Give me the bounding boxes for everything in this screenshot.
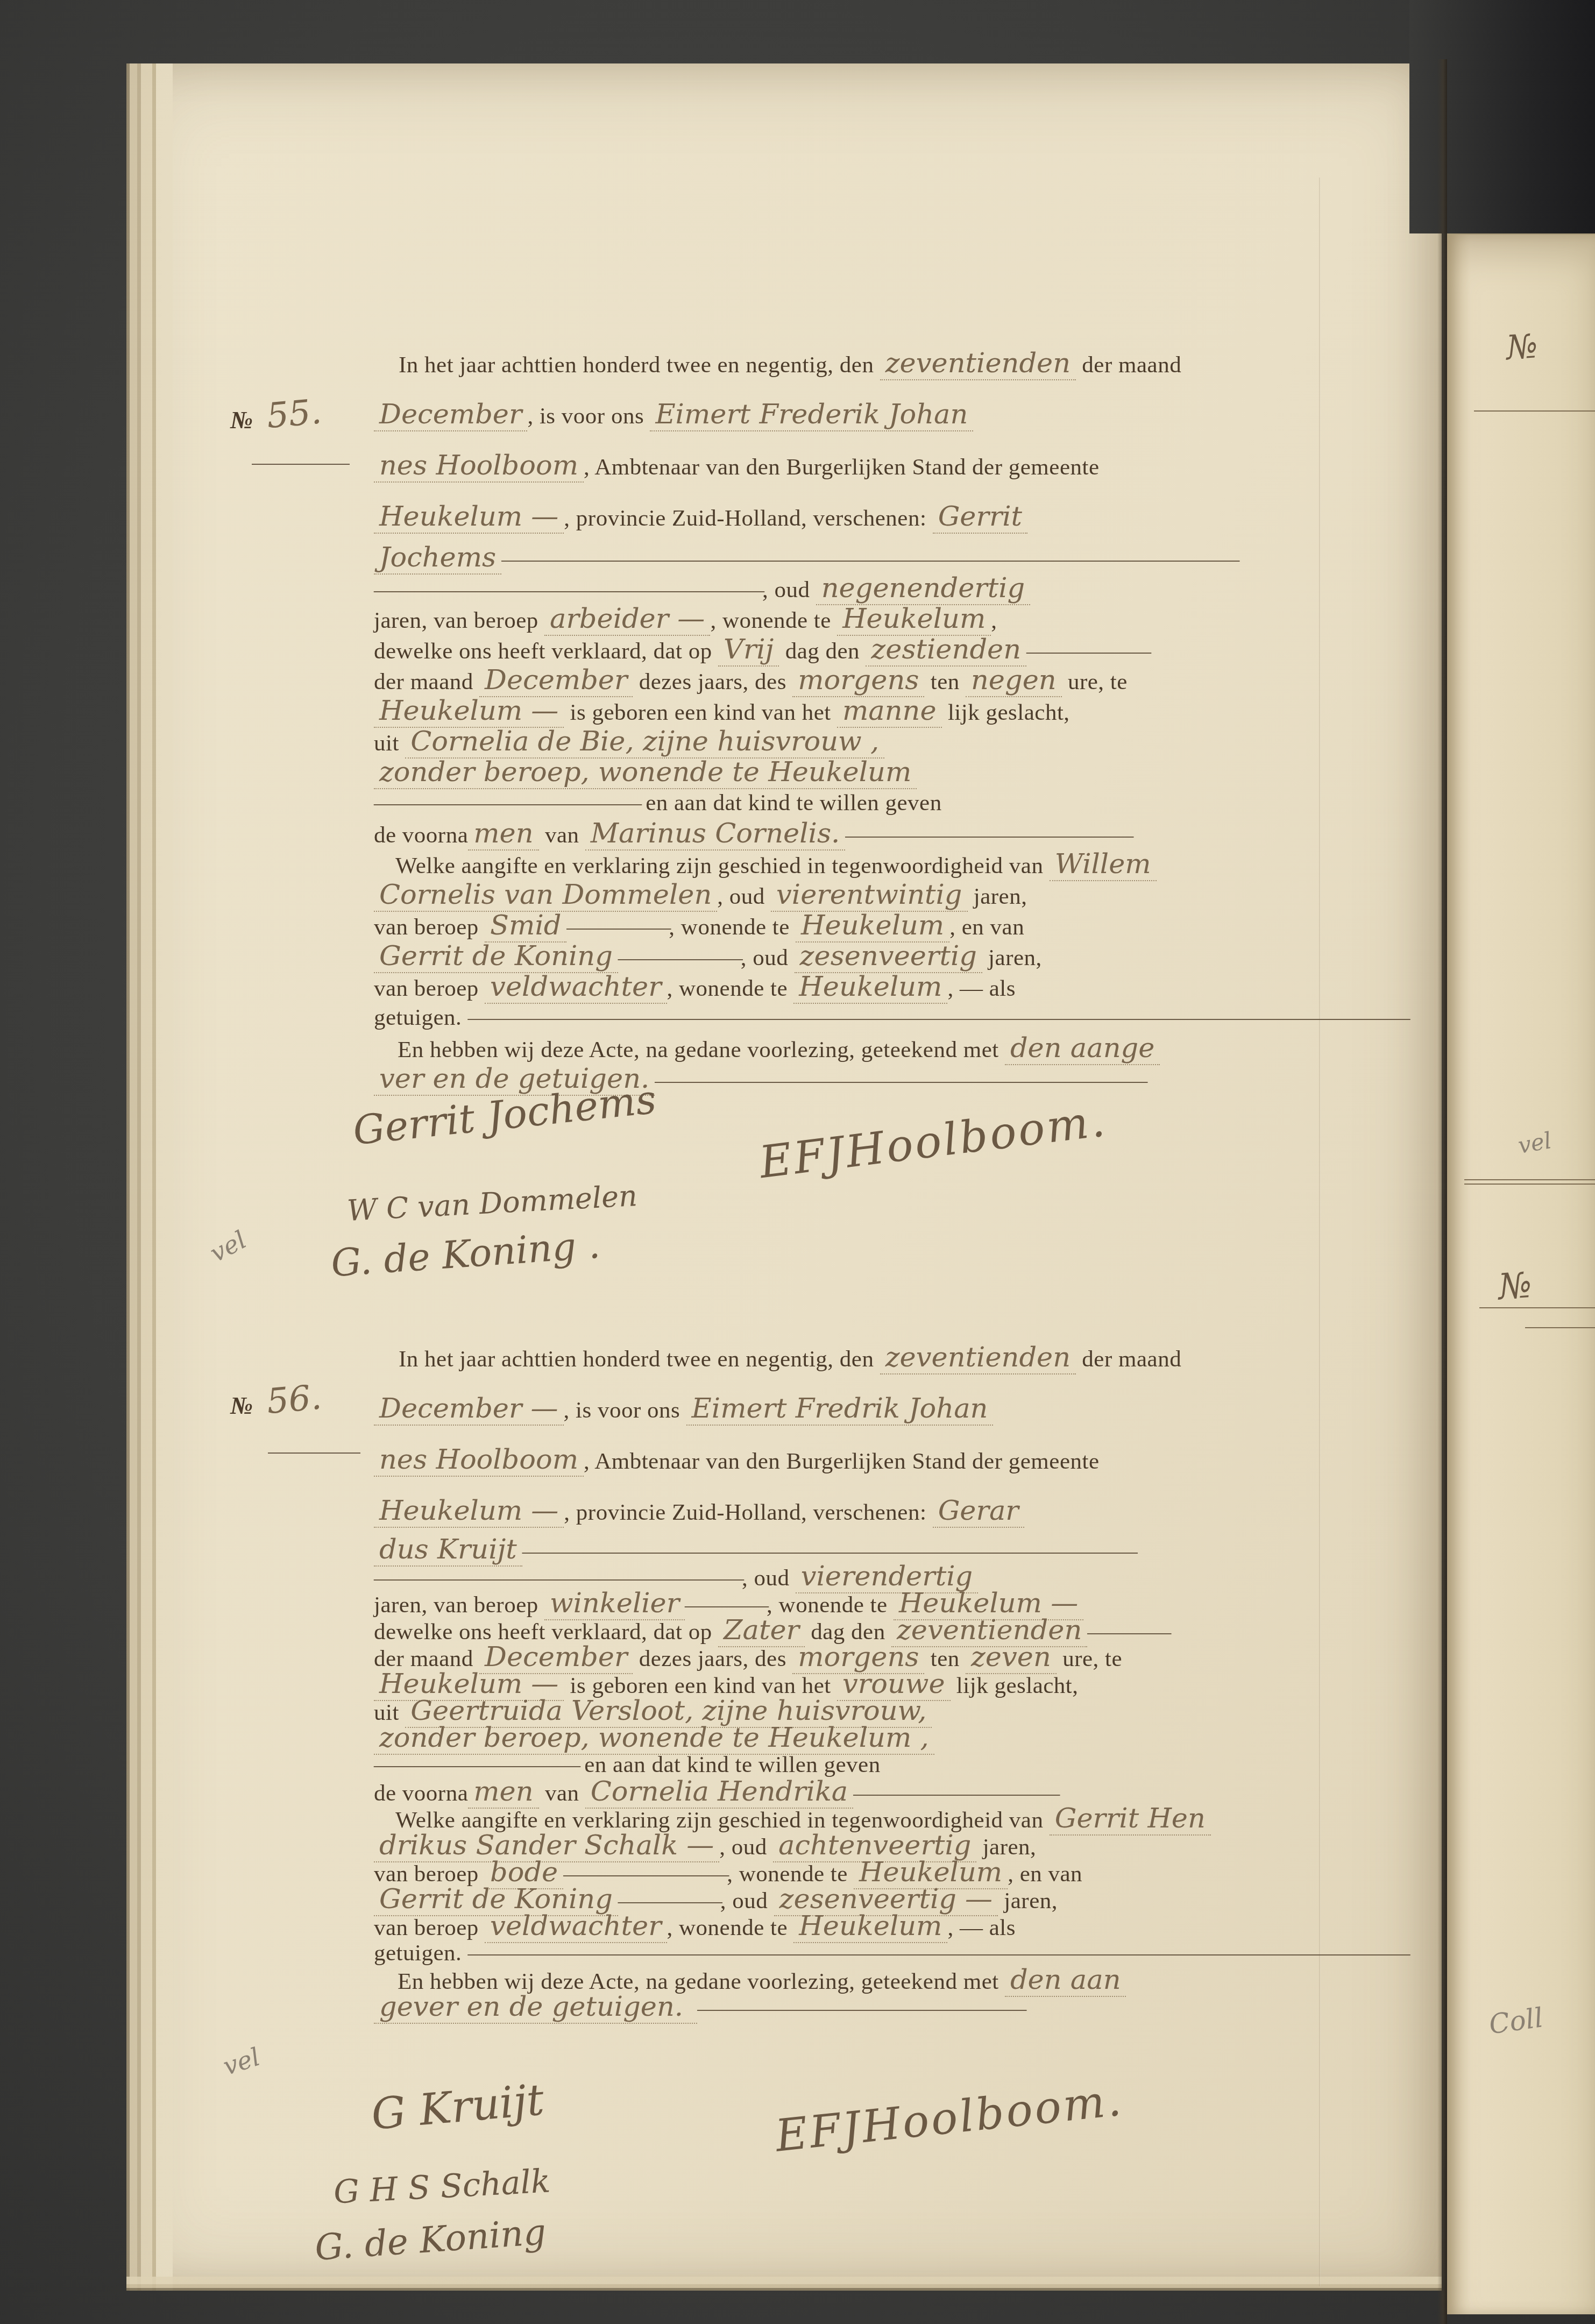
printed-form-text: dewelke ons heeft verklaard, dat op [374,1619,718,1645]
form-line: ——————————————————, oud vierendertig [374,1563,1325,1590]
printed-form-text: , oud [719,1834,773,1860]
form-line: der maand December dezes jaars, des morg… [374,665,1325,696]
form-line: En hebben wij deze Acte, na gedane voorl… [374,1033,1325,1064]
printed-form-text: ten [924,669,966,695]
printed-form-text: , — als [947,1915,1016,1940]
form-line: Gerrit de Koning——————, oud zesenveertig… [374,941,1325,972]
ruled-dash-fill: —————————— [853,1781,1058,1806]
entry-56-number: №56. [230,1383,322,1422]
ruled-dash-fill: ————————————————————————————————————————… [468,1005,1408,1030]
printed-form-text: , wonende te [667,1915,794,1940]
form-line: van beroep bode————————, wonende te Heuk… [374,1859,1325,1886]
printed-form-text: dag den [805,1619,891,1645]
form-line: ver en de getuigen.—————————————————————… [374,1064,1325,1094]
form-line: dewelke ons heeft verklaard, dat op Vrij… [374,634,1325,665]
form-line: Heukelum —, provincie Zuid-Holland, vers… [374,491,1325,542]
handwritten-entry-text: Willem [1050,848,1157,881]
handwritten-entry-text: Heukelum [837,603,991,636]
printed-form-text: dag den [779,639,866,664]
entry-number-value: 56. [251,1378,323,1423]
page-gutter-shadow [1437,59,1447,2324]
handwritten-entry-text: veldwachter [485,971,667,1004]
printed-form-text: getuigen. [374,1940,468,1966]
handwritten-entry-text: negen [966,664,1062,697]
form-line: uit Geertruida Versloot, zijne huisvrouw… [374,1698,1325,1725]
form-line: zonder beroep, wonende te Heukelum [374,757,1325,788]
printed-form-text: jaren, van beroep [374,1592,544,1618]
printed-form-text: En hebben wij deze Acte, na gedane voorl… [398,1037,1005,1062]
form-line: Welke aangifte en verklaring zijn geschi… [374,849,1325,880]
printed-form-text: van beroep [374,1915,485,1940]
form-line: Heukelum — is geboren een kind van het m… [374,696,1325,726]
printed-form-text: , provincie Zuid-Holland, verschenen: [564,506,932,531]
form-line: getuigen. ——————————————————————————————… [374,1002,1325,1033]
printed-form-text: dewelke ons heeft verklaard, dat op [374,639,718,664]
handwritten-entry-text: zonder beroep, wonende te Heukelum [374,756,917,789]
form-line: ———————————————————, oud negenendertig [374,573,1325,604]
right-page-double-rule-b [1464,1184,1595,1185]
entry-56-act-text: In het jaar achttien honderd twee en neg… [374,1332,1325,2021]
right-page-rule-mid-a [1479,1307,1595,1308]
printed-form-text: van beroep [374,915,485,940]
handwritten-entry-text: Zater [718,1614,805,1647]
printed-form-text: jaren, [998,1888,1058,1914]
handwritten-entry-text: Gerrit [933,501,1028,534]
printed-form-text: , oud [717,884,771,909]
form-line: van beroep veldwachter, wonende te Heuke… [374,972,1325,1002]
form-line: Jochems—————————————————————————————————… [374,542,1325,573]
form-line: getuigen. ——————————————————————————————… [374,1940,1325,1967]
right-page-rule-top [1474,410,1595,412]
printed-form-text: , Ambtenaar van den Burgerlijken Stand d… [584,455,1099,480]
handwritten-entry-text: December [479,664,633,697]
form-line: der maand December dezes jaars, des morg… [374,1644,1325,1671]
handwritten-entry-text: Heukelum — [374,695,564,728]
printed-form-text: ure, te [1057,1646,1122,1671]
handwritten-entry-text: zonder beroep, wonende te Heukelum , [374,1722,934,1755]
form-line: zonder beroep, wonende te Heukelum , [374,1725,1325,1752]
number-symbol: № [230,406,253,434]
handwritten-entry-text: Heukelum — [374,501,564,534]
handwritten-entry-text: Eimert Frederik Johan [650,399,973,431]
entry-55-number: №55. [230,397,322,437]
form-line: de voornamen van Marinus Cornelis.——————… [374,818,1325,849]
printed-form-text: , en van [949,915,1024,940]
printed-form-text: ure, te [1062,669,1128,695]
form-line: In het jaar achttien honderd twee en neg… [374,1332,1325,1383]
handwritten-entry-text: Heukelum — [374,1495,564,1528]
handwritten-entry-text: Gerrit Hen [1050,1803,1211,1836]
handwritten-entry-text: December [374,399,527,431]
ruled-dash-fill: —————— [1026,639,1149,664]
printed-form-text: Welke aangifte en verklaring zijn geschi… [395,853,1050,878]
printed-form-text: Welke aangifte en verklaring zijn geschi… [395,1808,1050,1833]
entry-56-number-rule [268,1452,360,1454]
printed-form-text: van [539,823,585,848]
entry-55-number-rule [252,464,350,465]
handwritten-entry-text: zesenveertig [795,940,982,973]
printed-form-text: uit [374,1700,405,1725]
printed-form-text: , Ambtenaar van den Burgerlijken Stand d… [584,1449,1099,1474]
handwritten-entry-text: Eimert Fredrik Johan [686,1393,994,1426]
printed-form-text: van beroep [374,976,485,1001]
printed-form-text: , is voor ons [564,1398,686,1423]
handwritten-entry-text: negenendertig [816,572,1030,605]
ruled-dash-fill: ———————————————————————————————————— [501,547,1237,572]
handwritten-entry-text: winkelier [544,1588,685,1620]
printed-form-text: van beroep [374,1861,485,1887]
printed-form-text: , wonende te [767,1592,894,1618]
printed-form-text: , wonende te [710,608,837,633]
ruled-dash-fill: ———— [1087,1620,1169,1645]
printed-form-text: uit [374,731,405,756]
entry-number-value: 55. [251,392,323,438]
handwritten-entry-text: Jochems [374,542,501,575]
handwritten-entry-text: Heukelum [796,910,949,943]
right-page-number-symbol-top: № [1505,326,1540,367]
form-line: gever en de getuigen. ———————————————— [374,1994,1325,2021]
ruled-dash-fill: —————————— [374,1753,578,1777]
printed-form-text: van [539,1781,585,1806]
handwritten-entry-text: men [468,1776,538,1809]
printed-form-text: dezes jaars, des [633,1646,792,1671]
printed-form-text: , — als [947,976,1016,1001]
printed-form-text: der maand [374,669,479,695]
handwritten-entry-text: veldwachter [485,1910,667,1943]
form-line: Gerrit de Koning—————, oud zesenveertig … [374,1886,1325,1913]
handwritten-entry-text: vierentwintig [771,879,967,912]
handwritten-entry-text: Heukelum [793,1910,947,1943]
printed-form-text: jaren, van beroep [374,608,544,633]
book-bottom-page-edges [126,2277,1442,2291]
handwritten-entry-text: dus Kruijt [374,1534,522,1567]
handwritten-entry-text: den aan [1005,1964,1126,1997]
handwritten-entry-text: Vrij [718,634,779,667]
handwritten-entry-text: arbeider — [544,603,710,636]
form-line: nes Hoolboom, Ambtenaar van den Burgerli… [374,440,1325,491]
form-line: jaren, van beroep winkelier————, wonende… [374,1590,1325,1617]
printed-form-text: der maand [374,1646,479,1671]
printed-form-text: der maand [1076,1347,1181,1372]
handwritten-entry-text: Smid [485,910,566,943]
handwritten-entry-text: Marinus Cornelis. [585,818,846,851]
printed-form-text: jaren, [976,1834,1036,1860]
printed-form-text: is geboren een kind van het [564,1673,837,1698]
ruled-dash-fill: ———————————————————————— [655,1068,1145,1093]
handwritten-entry-text: nes Hoolboom [374,1444,584,1477]
printed-form-text: getuigen. [374,1005,468,1030]
form-line: December —, is voor ons Eimert Fredrik J… [374,1383,1325,1434]
form-line: de voornamen van Cornelia Hendrika——————… [374,1779,1325,1805]
form-line: dus Kruijt—————————————————————————————— [374,1536,1325,1563]
printed-form-text: ten [924,1646,966,1671]
form-line: Cornelis van Dommelen, oud vierentwintig… [374,880,1325,910]
book-page-edges [126,63,173,2291]
ruled-dash-fill: ——————————————————— [374,578,762,603]
handwritten-entry-text: Cornelia Hendrika [585,1776,854,1809]
printed-form-text: In het jaar achttien honderd twee en neg… [399,352,880,378]
printed-form-text: En hebben wij deze Acte, na gedane voorl… [398,1969,1005,1994]
handwritten-entry-text: men [468,818,538,851]
handwritten-entry-text: Heukelum [793,971,947,1004]
printed-form-text: lijk geslacht, [942,700,1070,725]
photo-backdrop: { "no_symbol": "№", "entries": [ { "numb… [0,0,1595,2324]
handwritten-entry-text: Gerar [933,1495,1024,1528]
form-line: drikus Sander Schalk —, oud achtenveerti… [374,1832,1325,1859]
ruled-dash-fill: ———————————————— [697,1996,1024,2021]
right-page-double-rule-a [1464,1179,1595,1180]
printed-form-text: der maand [1076,352,1181,378]
form-line: ————————————— en aan dat kind te willen … [374,788,1325,818]
form-line: van beroep Smid—————, wonende te Heukelu… [374,910,1325,941]
printed-form-text: is geboren een kind van het [564,700,837,725]
handwritten-entry-text: Gerrit de Koning [374,940,618,973]
printed-form-text: , is voor ons [527,403,650,429]
form-line: —————————— en aan dat kind te willen gev… [374,1752,1325,1779]
handwritten-entry-text: Cornelia de Bie, zijne huisvrouw , [405,726,884,759]
number-symbol: № [230,1392,253,1419]
printed-form-text: jaren, [982,945,1042,970]
handwritten-entry-text: December — [374,1393,564,1426]
handwritten-entry-text: manne [837,695,942,728]
ruled-dash-fill: ————— [566,915,669,940]
printed-form-text: , wonende te [667,976,794,1001]
form-line: December, is voor ons Eimert Frederik Jo… [374,389,1325,440]
printed-form-text: , wonende te [669,915,796,940]
form-line: jaren, van beroep arbeider —, wonende te… [374,604,1325,634]
handwritten-entry-text: zeven [966,1641,1057,1674]
printed-form-text: , oud [762,577,816,603]
form-line: Heukelum —, provincie Zuid-Holland, vers… [374,1485,1325,1536]
handwritten-entry-text: zestienden [866,634,1026,667]
right-page-number-symbol-mid: № [1497,1264,1533,1308]
handwritten-entry-text: Cornelis van Dommelen [374,879,717,912]
printed-form-text: In het jaar achttien honderd twee en neg… [399,1347,880,1372]
printed-form-text: en aan dat kind te willen geven [640,790,942,816]
printed-form-text: de voorna [374,1781,468,1806]
handwritten-entry-text: gever en de getuigen. [374,1991,697,2024]
ruled-dash-fill: ————————————————————————————————————————… [468,1941,1408,1966]
printed-form-text: , oud [720,1888,774,1914]
form-line: van beroep veldwachter, wonende te Heuke… [374,1913,1325,1940]
form-line: Heukelum — is geboren een kind van het v… [374,1671,1325,1698]
handwritten-entry-text: zeventienden [880,348,1076,380]
printed-form-text: , wonende te [727,1861,854,1887]
form-line: In het jaar achttien honderd twee en neg… [374,338,1325,389]
handwritten-entry-text: nes Hoolboom [374,450,584,483]
printed-form-text: , provincie Zuid-Holland, verschenen: [564,1500,932,1525]
ruled-dash-fill: ————————————— [374,791,640,816]
printed-form-text: , en van [1008,1861,1082,1887]
entry-55-act-text: In het jaar achttien honderd twee en neg… [374,338,1325,1094]
form-line: uit Cornelia de Bie, zijne huisvrouw , [374,726,1325,757]
ruled-dash-fill: —————— [618,946,741,970]
ruled-dash-fill: —————————————— [845,823,1131,848]
printed-form-text: jaren, [968,884,1027,909]
printed-form-text: lijk geslacht, [951,1673,1079,1698]
printed-form-text: , [991,608,997,633]
printed-form-text: , oud [742,1565,796,1591]
printed-form-text: , oud [741,945,795,970]
form-line: nes Hoolboom, Ambtenaar van den Burgerli… [374,1434,1325,1485]
form-line: dewelke ons heeft verklaard, dat op Zate… [374,1617,1325,1644]
printed-form-text: dezes jaars, des [633,669,792,695]
right-page-rule-mid-b [1525,1327,1595,1328]
handwritten-entry-text: zeventienden [880,1342,1076,1374]
form-line: En hebben wij deze Acte, na gedane voorl… [374,1967,1325,1994]
handwritten-entry-text: den aange [1005,1032,1160,1065]
form-line: Welke aangifte en verklaring zijn geschi… [374,1805,1325,1832]
printed-form-text: en aan dat kind te willen geven [578,1752,881,1777]
printed-form-text: de voorna [374,823,468,848]
handwritten-entry-text: morgens [792,664,924,697]
